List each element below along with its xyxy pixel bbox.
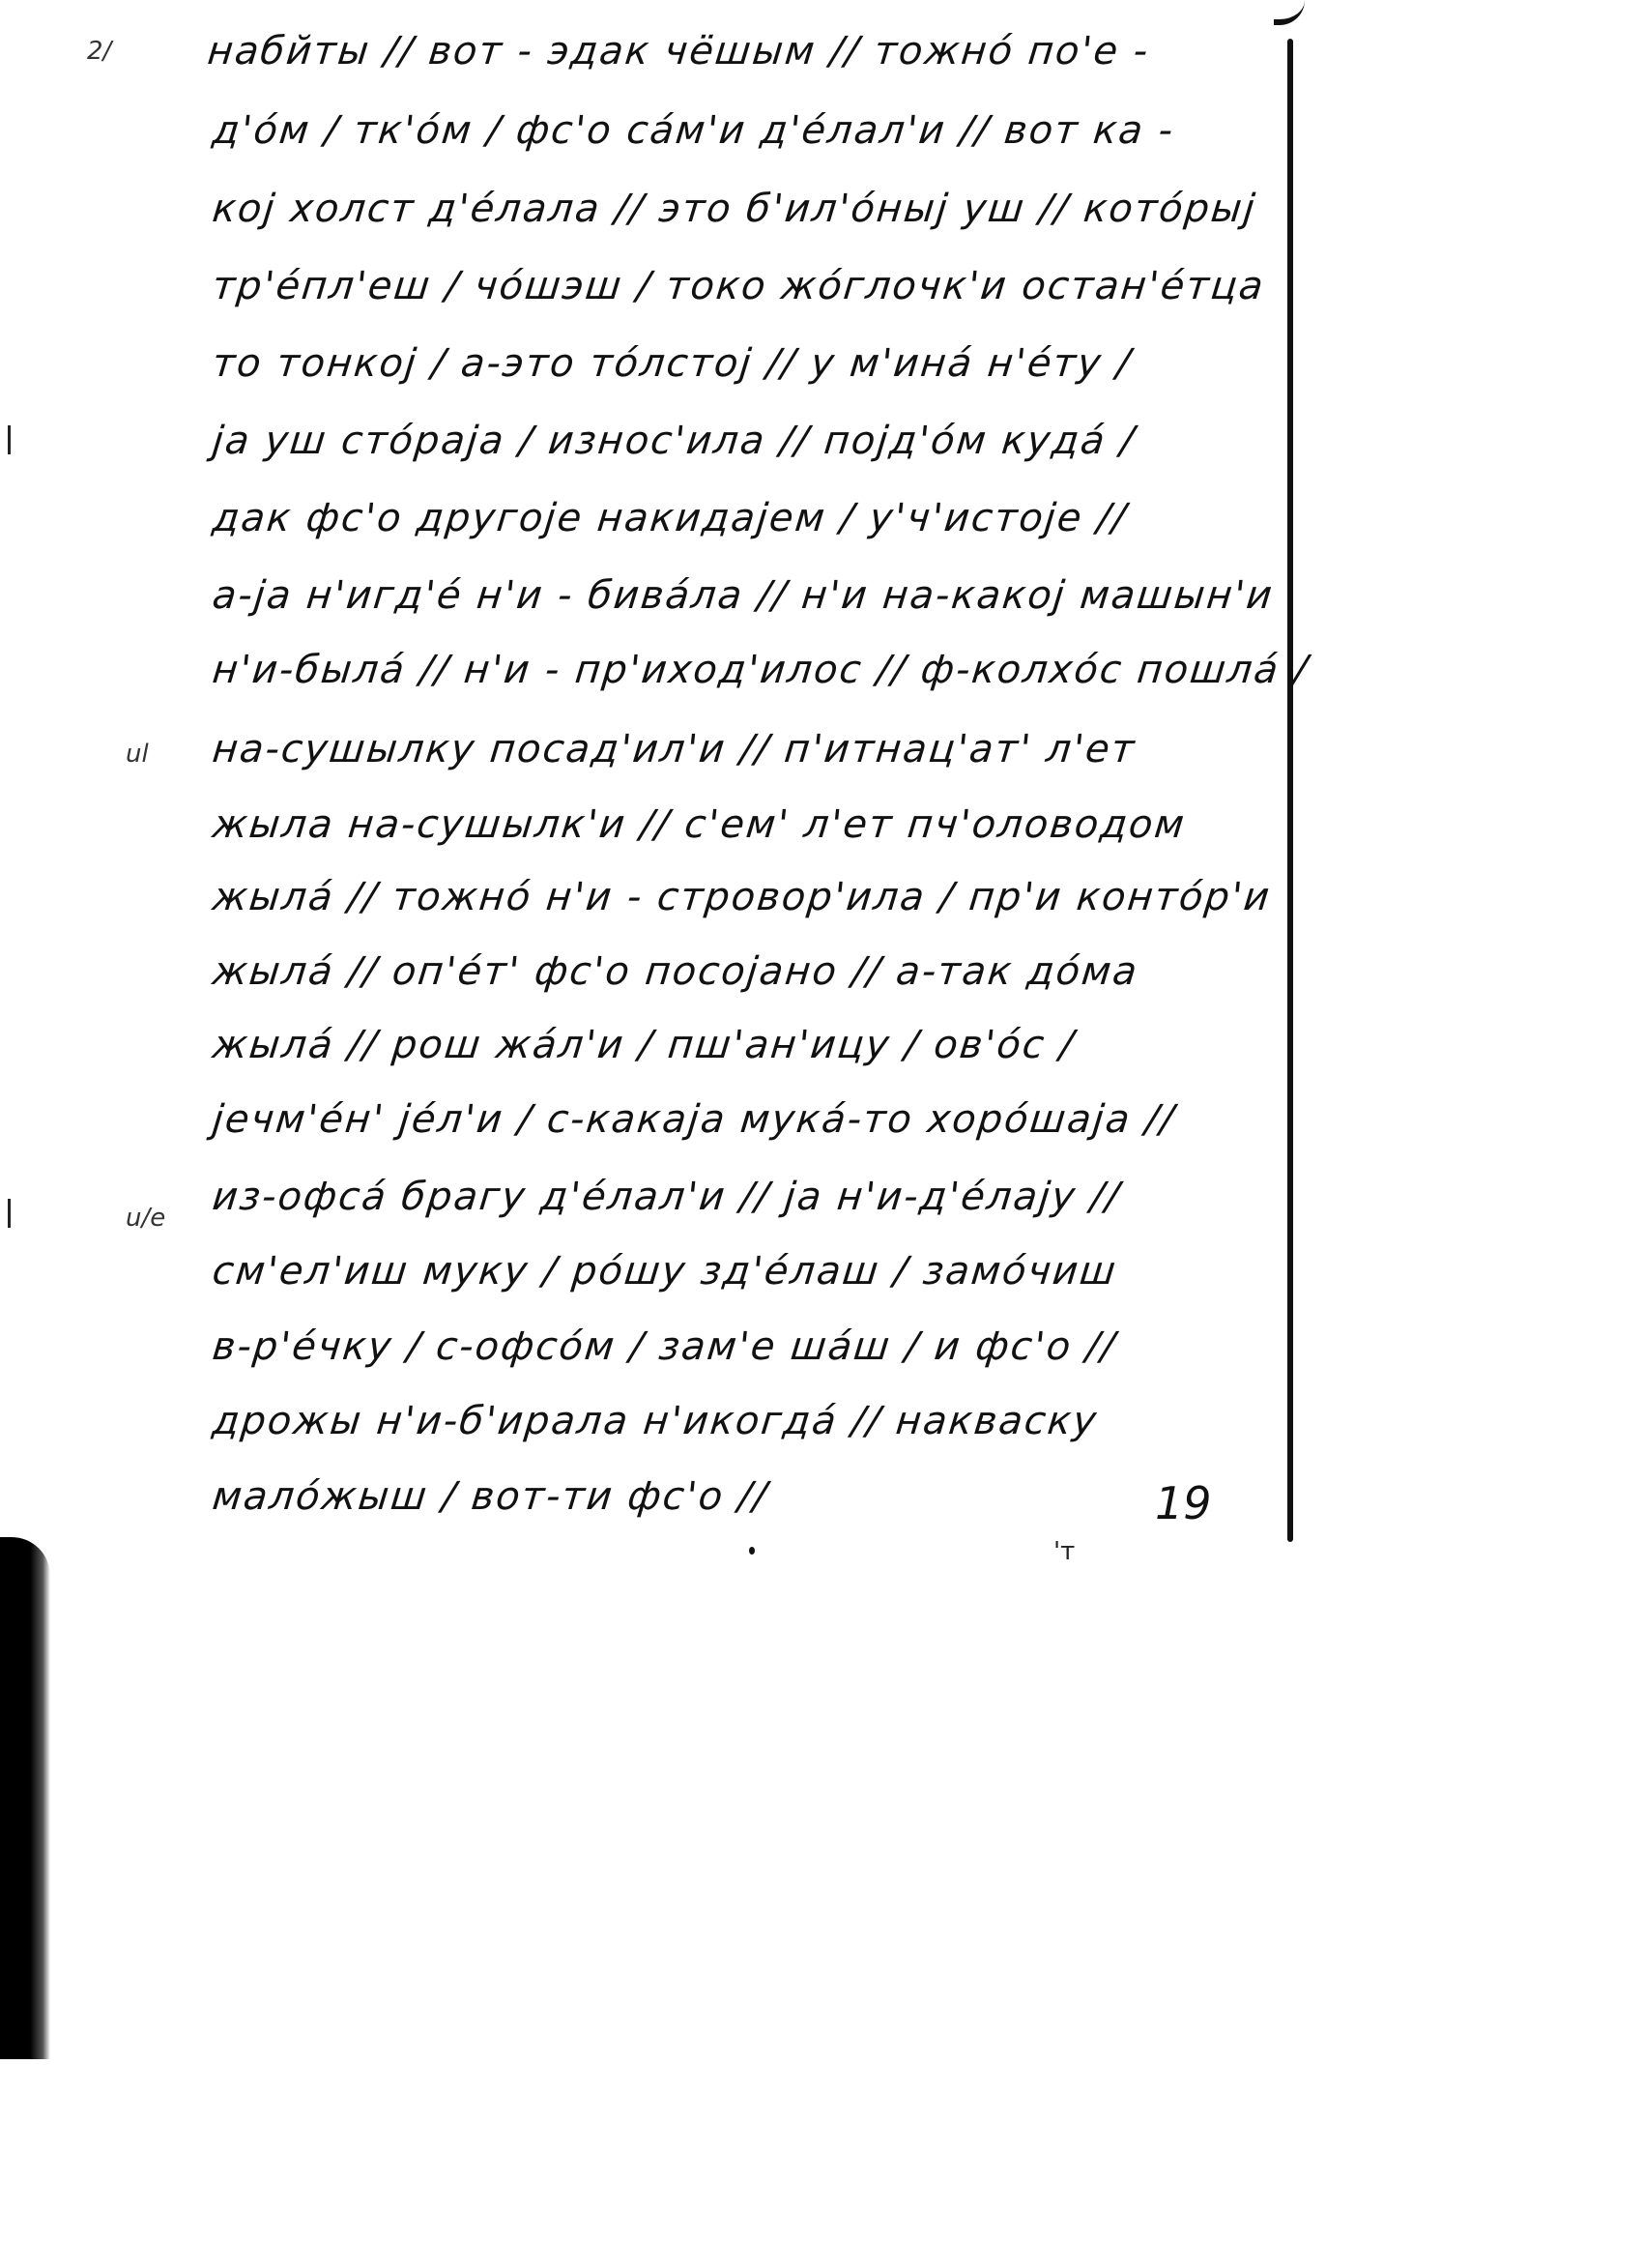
footer-mark: 'т bbox=[1053, 1537, 1075, 1566]
page-number: 19 bbox=[1155, 1477, 1212, 1529]
text-line: д'óм / тк'óм / фс'о сáм'и д'éлал'и // во… bbox=[211, 108, 1177, 153]
text-line: на-сушылку посад'ил'и // п'итнац'ат' л'е… bbox=[211, 727, 1139, 771]
left-margin-tick bbox=[8, 425, 11, 454]
text-line: јечм'éн' јéл'и / с-какаја мукá-то хорóша… bbox=[211, 1097, 1178, 1142]
manuscript-page: 2/ ul u/e набйты // вот - эдак чёшым // … bbox=[0, 0, 1643, 2268]
page-edge-curl bbox=[1274, 0, 1305, 25]
text-line: дрожы н'и-б'ирала н'икогдá // накваску bbox=[211, 1399, 1101, 1443]
text-line: см'ел'иш муку / рóшу зд'éлаш / замóчиш bbox=[211, 1249, 1120, 1294]
text-line: малóжыш / вот-ти фс'о // bbox=[211, 1474, 771, 1519]
text-line: кој холст д'éлала // это б'ил'óныј уш //… bbox=[211, 187, 1259, 231]
text-line: из-офсá брагу д'éлал'и // ја н'и-д'éлају… bbox=[211, 1175, 1123, 1219]
text-line: жылá // оп'éт' фс'о посојано // а-так дó… bbox=[211, 949, 1141, 994]
text-line: н'и-былá // н'и - пр'иход'илос // ф-колх… bbox=[211, 648, 1312, 692]
text-line: жылá // рош жáл'и / пш'ан'ицу / ов'óс / bbox=[211, 1023, 1078, 1067]
text-line: а-ја н'игд'é н'и - бивáла // н'и на-како… bbox=[211, 573, 1277, 618]
text-line: жыла на-сушылк'и // с'ем' л'ет пч'оловод… bbox=[211, 802, 1189, 847]
text-line: ја уш стóраја / износ'ила // појд'óм куд… bbox=[211, 419, 1139, 463]
margin-mark-1: 2/ bbox=[87, 37, 111, 66]
scanned-left-edge-shadow bbox=[0, 1537, 50, 2059]
left-margin-tick bbox=[8, 1199, 11, 1228]
margin-mark-3: u/e bbox=[126, 1204, 165, 1233]
text-line: в-р'éчку / с-офсóм / зам'е шáш / и фс'о … bbox=[211, 1324, 1119, 1369]
text-line: жылá // тожнó н'и - стровор'ила / пр'и к… bbox=[211, 875, 1274, 919]
margin-mark-2: ul bbox=[126, 740, 149, 769]
text-line: дак фс'о другоје накидајем / у'ч'истоје … bbox=[211, 496, 1130, 540]
text-line: то тонкој / а-это тóлстој // у м'инá н'é… bbox=[211, 341, 1135, 386]
text-line: тр'éпл'еш / чóшэш / токо жóглочк'и остан… bbox=[211, 264, 1267, 308]
ink-speck bbox=[749, 1547, 755, 1555]
text-line: набйты // вот - эдак чёшым // тожнó по'е… bbox=[206, 29, 1152, 73]
right-margin-rule bbox=[1287, 39, 1293, 1542]
